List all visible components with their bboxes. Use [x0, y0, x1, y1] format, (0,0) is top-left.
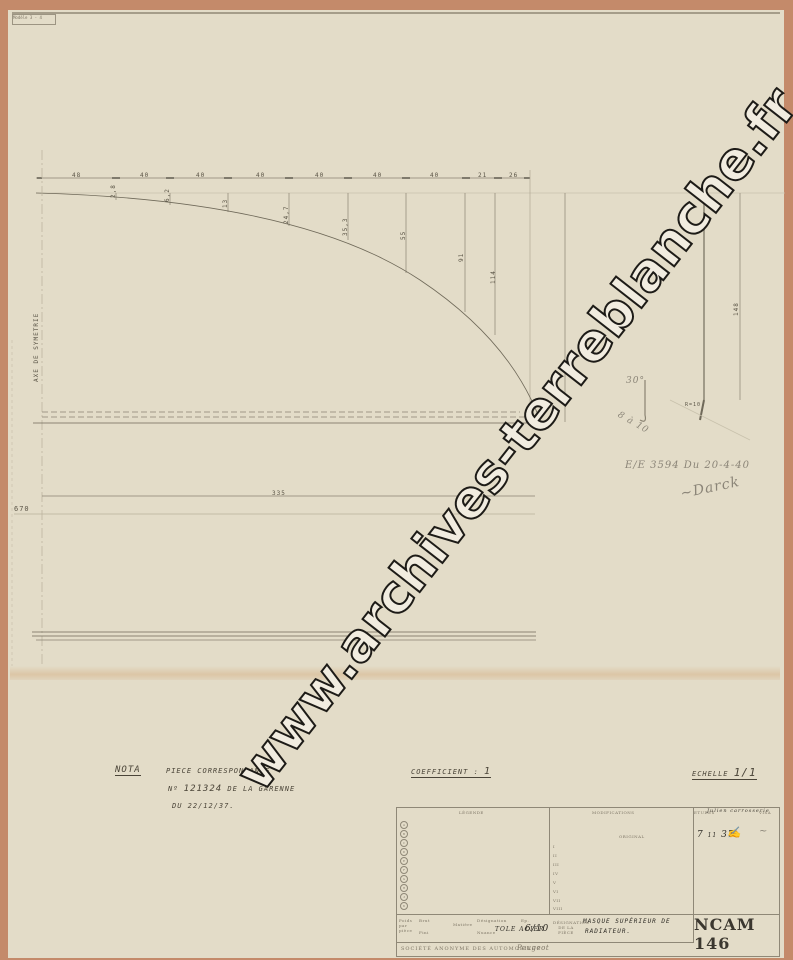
- modification-row: II: [553, 853, 557, 858]
- modification-row: III: [553, 862, 559, 867]
- paper-fold: [10, 666, 780, 680]
- legend-marker: A: [400, 821, 408, 829]
- date-day: 7: [697, 830, 704, 840]
- legend-marker: E: [400, 857, 408, 865]
- vertical-dim-label: 35,3: [342, 218, 349, 236]
- modification-row: V: [553, 880, 556, 885]
- dim-label: 40: [373, 172, 382, 179]
- modification-row: VIII: [553, 906, 563, 911]
- width-dim-label: 335: [272, 490, 286, 497]
- vertical-dim-label: 13: [222, 199, 229, 208]
- drawing-number: NCAM 146: [694, 915, 793, 953]
- angle-annotation: 30°: [626, 376, 645, 386]
- piece-designation-line-2: RADIATEUR.: [585, 928, 631, 935]
- legend-marker: F: [400, 866, 408, 874]
- signature-label: VISA: [759, 810, 771, 815]
- legend-box: [397, 808, 550, 915]
- material-label: Matière: [453, 922, 473, 927]
- legend-marker: K: [400, 902, 408, 910]
- approver-signature: ✍: [727, 826, 742, 839]
- modification-row: IV: [553, 871, 558, 876]
- scale-value: 1/1: [734, 766, 757, 779]
- legend-marker: G: [400, 875, 408, 883]
- designation-label: Désignation: [477, 918, 507, 923]
- vertical-dim-label: 6,2: [164, 188, 171, 202]
- vertical-dim-label: 114: [490, 270, 497, 284]
- dim-label: 40: [196, 172, 205, 179]
- thickness-label: Ep.: [521, 918, 529, 923]
- revision-note: E/E 3594 Du 20-4-40: [625, 460, 750, 471]
- note-heading: NOTA: [115, 765, 141, 776]
- date-month: 11: [708, 832, 718, 839]
- vertical-dim-label: 55: [400, 231, 407, 240]
- radius-annotation: R=10: [685, 402, 701, 408]
- axis-of-symmetry-label: AXE DE SYMETRIE: [33, 313, 40, 382]
- legend-marker: B: [400, 830, 408, 838]
- piece-designation-label: DÉSIGNATION DE LA PIÈCE: [553, 920, 579, 935]
- legend-marker: J: [400, 893, 408, 901]
- grade-label: Nuance: [477, 930, 496, 935]
- dim-label: 48: [72, 172, 81, 179]
- legend-marker: C: [400, 839, 408, 847]
- note-line-3: DU 22/12/37.: [172, 802, 235, 810]
- approvals-box: [693, 808, 779, 915]
- coefficient-label: COEFFICIENT :: [411, 768, 479, 776]
- legend-marker: D: [400, 848, 408, 856]
- original-label: ORIGINAL: [619, 834, 645, 839]
- gross-label: Brut: [419, 918, 430, 923]
- vertical-dim-label: 91: [458, 253, 465, 262]
- vertical-dim-label: 2,8: [110, 184, 117, 198]
- piece-designation-line-1: MASQUE SUPÉRIEUR DE: [583, 918, 671, 925]
- weight-label: Poids par pièce: [399, 918, 409, 933]
- side-dim-label: 670: [14, 505, 30, 513]
- scale-label: ECHELLE: [692, 770, 729, 778]
- vertical-dim-label: 148: [733, 302, 740, 316]
- legend-header: LÉGENDE: [459, 810, 484, 815]
- coefficient: COEFFICIENT : 1: [411, 766, 491, 778]
- modification-row: VI: [553, 889, 558, 894]
- note-number-prefix: Nº: [168, 785, 178, 793]
- modifications-box: [549, 808, 694, 915]
- brand-logo: Peugeot: [517, 944, 549, 952]
- modifications-header: MODIFICATIONS: [592, 810, 635, 815]
- legend-marker: H: [400, 884, 408, 892]
- part-number: 121324: [184, 784, 223, 794]
- visa-signature: ~: [759, 826, 768, 837]
- vertical-dim-label: 24,7: [283, 206, 290, 224]
- dim-label: 21: [478, 172, 487, 179]
- modification-row: VII: [553, 898, 561, 903]
- dim-label: 40: [430, 172, 439, 179]
- finished-label: Fini: [419, 930, 429, 935]
- coefficient-value: 1: [484, 766, 491, 777]
- scale: ECHELLE 1/1: [692, 766, 757, 780]
- dim-label: 40: [315, 172, 324, 179]
- modification-row: I: [553, 844, 555, 849]
- dim-label: 26: [509, 172, 518, 179]
- dim-label: 40: [140, 172, 149, 179]
- dim-label: 40: [256, 172, 265, 179]
- thickness-value: 6/10: [525, 924, 549, 934]
